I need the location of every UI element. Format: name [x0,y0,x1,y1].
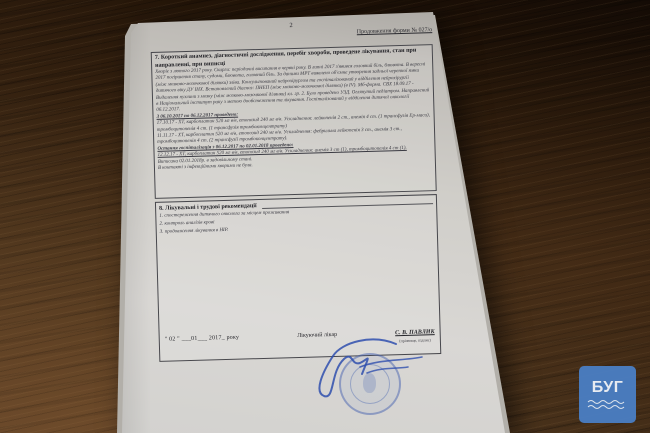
anamnesis-text: Хворіє з лютого 2017 року. Скарги: періо… [155,62,430,114]
date-line: " 02 " ___01___ 2017_ року [165,335,240,344]
bug-watermark-logo: БУГ [579,366,636,423]
waves-icon [587,399,629,411]
bug-logo-text: БУГ [592,379,624,397]
form-content: 2 Продовження форми № 027/о 7. Короткий … [150,18,441,362]
document-paper-stack: 2 Продовження форми № 027/о 7. Короткий … [115,0,515,433]
signature-scribble-icon [310,336,430,400]
section-7-box: 7. Короткий анамнез, діагностичні дослід… [151,44,437,199]
medical-form-page: 2 Продовження форми № 027/о 7. Короткий … [115,0,515,433]
blank-space [160,229,437,337]
